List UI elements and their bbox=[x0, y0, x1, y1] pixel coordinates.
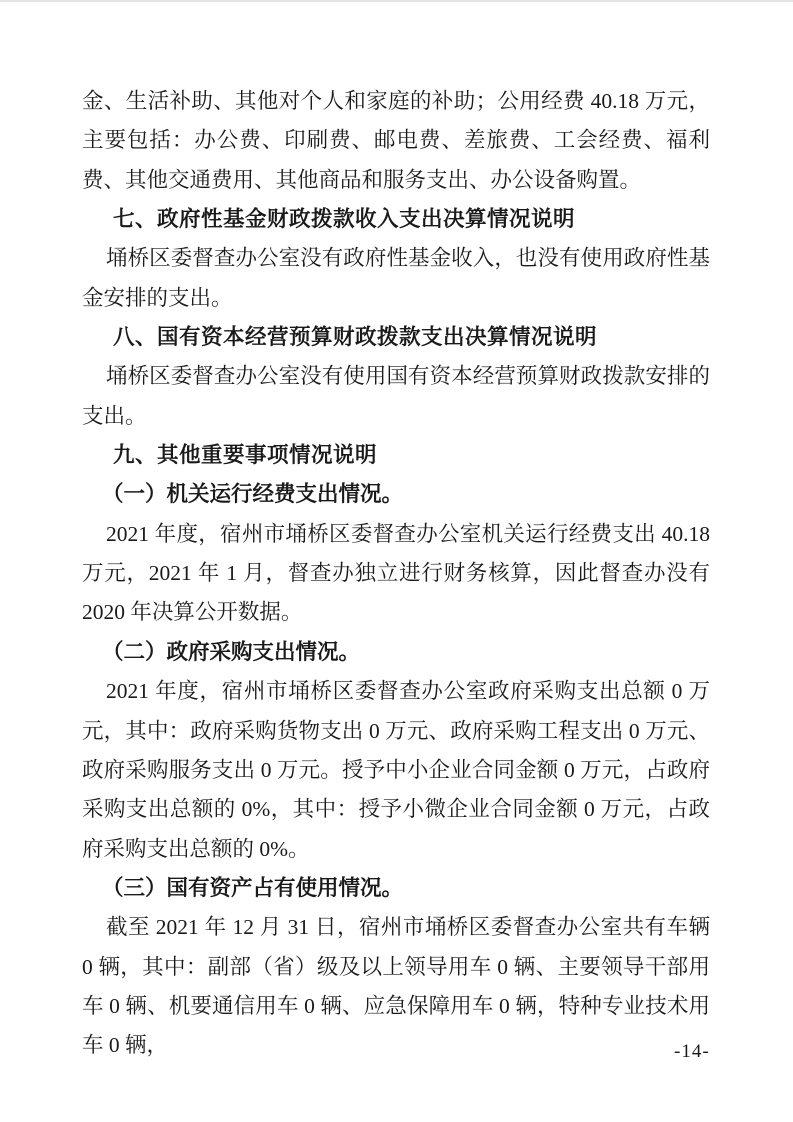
para-gov-fund: 埇桥区委督查办公室没有政府性基金收入，也没有使用政府性基金安排的支出。 bbox=[82, 239, 710, 318]
para-continuation-public-expense: 金、生活补助、其他对个人和家庭的补助；公用经费 40.18 万元，主要包括：办公… bbox=[82, 82, 710, 200]
heading-other-important-matters: 九、其他重要事项情况说明 bbox=[82, 436, 710, 475]
page-body: 金、生活补助、其他对个人和家庭的补助；公用经费 40.18 万元，主要包括：办公… bbox=[0, 2, 793, 1066]
para-gov-procurement: 2021 年度，宿州市埇桥区委督查办公室政府采购支出总额 0 万元，其中：政府采… bbox=[82, 672, 710, 869]
document-page: 金、生活补助、其他对个人和家庭的补助；公用经费 40.18 万元，主要包括：办公… bbox=[0, 0, 793, 1122]
subheading-state-assets-usage: （三）国有资产占有使用情况。 bbox=[82, 869, 710, 908]
para-state-assets-usage: 截至 2021 年 12 月 31 日，宿州市埇桥区委督查办公室共有车辆 0 辆… bbox=[82, 908, 710, 1065]
subheading-agency-operating-expense: （一）机关运行经费支出情况。 bbox=[82, 475, 710, 514]
para-state-capital: 埇桥区委督查办公室没有使用国有资本经营预算财政拨款安排的支出。 bbox=[82, 357, 710, 436]
heading-gov-fund-budget: 七、政府性基金财政拨款收入支出决算情况说明 bbox=[82, 200, 710, 239]
heading-state-capital-budget: 八、国有资本经营预算财政拨款支出决算情况说明 bbox=[82, 318, 710, 357]
para-agency-operating-expense: 2021 年度，宿州市埇桥区委督查办公室机关运行经费支出 40.18 万元，20… bbox=[82, 515, 710, 633]
subheading-gov-procurement: （二）政府采购支出情况。 bbox=[82, 633, 710, 672]
page-number: -14- bbox=[674, 1041, 710, 1063]
